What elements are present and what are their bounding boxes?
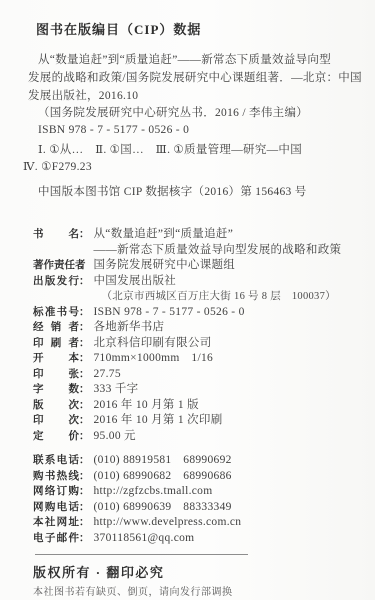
field-value: 333 千字 [94,382,139,398]
colophon-row: 电子邮件： 370118561@qq.com [33,531,349,547]
field-value: 2016 年 10 月第 1 次印刷 [94,413,223,429]
cip-description: 从“数量追赶”到“质量追赶”——新常态下质量效益导向型 发展的战略和政策/国务院… [28,51,349,105]
cip-isbn: ISBN 978 - 7 - 5177 - 0526 - 0 [28,122,349,139]
colophon-row: 版次： 2016 年 10 月第 1 版 [33,398,349,414]
field-colon: ： [79,453,90,469]
field-value-wrap: 2016 年 10 月第 1 版 [94,398,199,414]
colophon-row: 购书热线： (010) 68990682 68990686 [33,469,349,485]
field-colon: ： [79,413,90,429]
field-value-wrap: 710mm×1000mm 1/16 [94,351,214,367]
field-colon: ： [79,320,90,336]
field-colon: ： [79,429,90,445]
field-value: 710mm×1000mm 1/16 [94,351,214,367]
cip-series: （国务院发展研究中心研究丛书．2016 / 李伟主编） [28,105,349,122]
field-label: 定价 [33,429,79,445]
field-value: 370118561@qq.com [94,531,195,547]
contact-info: 联系电话： (010) 88919581 68990692 购书热线： (010… [33,453,349,546]
field-colon: ： [79,500,90,516]
field-value-wrap: http://www.develpress.com.cn [94,515,242,531]
field-colon: ： [79,398,90,414]
field-value-wrap: 333 千字 [94,382,139,398]
cip-classification: Ⅰ. ①从… Ⅱ. ①国… Ⅲ. ①质量管理—研究—中国 Ⅳ. ①F279.23 [28,142,349,175]
cip-record-number: 中国版本图书馆 CIP 数据核字（2016）第 156463 号 [28,183,349,201]
field-colon: ： [79,484,90,500]
field-value-line2: ——新常态下质量效益导向型发展的战略和政策 [94,243,342,259]
field-value: 从“数量追赶”到“质量追赶” [94,227,342,243]
field-colon: ： [79,469,90,485]
field-value-wrap: 各地新华书店 [94,320,165,336]
field-value-wrap: 370118561@qq.com [94,531,195,547]
field-label: 版次 [33,398,79,414]
colophon-row: 出版发行： 中国发展出版社 （北京市西城区百万庄大街 16 号 8 层 1000… [33,274,349,305]
colophon-info: 书名： 从“数量追赶”到“质量追赶” ——新常态下质量效益导向型发展的战略和政策… [33,227,349,444]
colophon-row: 定价： 95.00 元 [33,429,349,445]
field-value: (010) 68990682 68990686 [94,469,232,485]
field-value-wrap: (010) 88919581 68990692 [94,453,232,469]
field-value-wrap: http://zgfzcbs.tmall.com [94,484,213,500]
field-value: 北京科信印刷有限公司 [94,336,212,352]
field-label: 开本 [33,351,79,367]
colophon-row: 网络订购： http://zgfzcbs.tmall.com [33,484,349,500]
footer-divider [35,554,248,555]
colophon-row: 网购电话： (010) 68990639 88333349 [33,500,349,516]
colophon-row: 印次： 2016 年 10 月第 1 次印刷 [33,413,349,429]
book-copyright-page: 图书在版编目（CIP）数据 从“数量追赶”到“质量追赶”——新常态下质量效益导向… [0,0,375,600]
field-value: (010) 88919581 68990692 [94,453,232,469]
field-label: 网络订购 [33,484,79,500]
field-value-wrap: 2016 年 10 月第 1 次印刷 [94,413,223,429]
cip-description-line: 从“数量追赶”到“质量追赶”——新常态下质量效益导向型 [28,51,349,69]
field-value-wrap: 27.75 [94,367,121,383]
field-colon: ： [79,336,90,352]
colophon-row: 字数： 333 千字 [33,382,349,398]
field-value: http://zgfzcbs.tmall.com [94,484,213,500]
field-label: 著作责任者 [33,258,79,274]
colophon-row: 书名： 从“数量追赶”到“质量追赶” ——新常态下质量效益导向型发展的战略和政策 [33,227,349,258]
field-label: 印张 [33,367,79,383]
field-colon: ： [79,382,90,398]
copyright-notice: 版权所有 · 翻印必究 [33,564,349,582]
colophon-row: 开本： 710mm×1000mm 1/16 [33,351,349,367]
field-label: 购书热线 [33,469,79,485]
field-label: 书名 [33,227,79,243]
cip-series-isbn: （国务院发展研究中心研究丛书．2016 / 李伟主编） ISBN 978 - 7… [28,105,349,138]
field-value-wrap: 从“数量追赶”到“质量追赶” ——新常态下质量效益导向型发展的战略和政策 [94,227,342,258]
field-label: 本社网址 [33,515,79,531]
cip-block: 图书在版编目（CIP）数据 从“数量追赶”到“质量追赶”——新常态下质量效益导向… [28,22,349,201]
field-value-wrap: ISBN 978 - 7 - 5177 - 0526 - 0 [94,305,245,321]
field-value: 中国发展出版社 [94,274,336,290]
field-value: 国务院发展研究中心课题组 [94,258,236,274]
field-label: 标准书号 [33,305,79,321]
field-colon: ： [79,227,90,243]
field-label: 出版发行 [33,274,79,290]
cip-description-line: 发展的战略和政策/国务院发展研究中心课题组著．—北京：中国 [28,69,349,87]
replacement-note: 本社图书若有缺页、倒页，请向发行部调换 [33,586,349,600]
field-value: 各地新华书店 [94,320,165,336]
colophon-row: 印刷者： 北京科信印刷有限公司 [33,336,349,352]
field-colon: ： [79,351,90,367]
field-label: 联系电话 [33,453,79,469]
cip-description-line: 发展出版社，2016.10 [28,87,349,105]
colophon-row: 著作责任者： 国务院发展研究中心课题组 [33,258,349,274]
field-value: 95.00 元 [94,429,136,445]
field-label: 字数 [33,382,79,398]
colophon-row: 印张： 27.75 [33,367,349,383]
cip-header: 图书在版编目（CIP）数据 [36,22,349,38]
field-value: ISBN 978 - 7 - 5177 - 0526 - 0 [94,305,245,321]
cip-classification-line2: Ⅳ. ①F279.23 [23,159,349,176]
colophon-row: 本社网址： http://www.develpress.com.cn [33,515,349,531]
field-value-wrap: 国务院发展研究中心课题组 [94,258,236,274]
field-colon: ： [79,367,90,383]
colophon-row: 标准书号： ISBN 978 - 7 - 5177 - 0526 - 0 [33,305,349,321]
field-value-wrap: (010) 68990639 88333349 [94,500,232,516]
field-value: (010) 68990639 88333349 [94,500,232,516]
field-label: 网购电话 [33,500,79,516]
field-colon: ： [79,274,90,290]
footer: 版权所有 · 翻印必究 本社图书若有缺页、倒页，请向发行部调换 [33,564,349,600]
field-colon: ： [79,531,90,547]
field-value: 27.75 [94,367,121,383]
field-value: 2016 年 10 月第 1 版 [94,398,199,414]
field-colon: ： [79,258,90,274]
field-label: 电子邮件 [33,531,79,547]
field-label: 印次 [33,413,79,429]
field-value-wrap: (010) 68990682 68990686 [94,469,232,485]
cip-classification-line1: Ⅰ. ①从… Ⅱ. ①国… Ⅲ. ①质量管理—研究—中国 [28,142,349,159]
colophon-row: 经销者： 各地新华书店 [33,320,349,336]
field-colon: ： [79,515,90,531]
field-value-wrap: 北京科信印刷有限公司 [94,336,212,352]
field-value-line2: （北京市西城区百万庄大街 16 号 8 层 100037） [94,289,336,305]
colophon-row: 联系电话： (010) 88919581 68990692 [33,453,349,469]
field-label: 经销者 [33,320,79,336]
field-value-wrap: 中国发展出版社 （北京市西城区百万庄大街 16 号 8 层 100037） [94,274,336,305]
field-value: http://www.develpress.com.cn [94,515,242,531]
field-label: 印刷者 [33,336,79,352]
field-colon: ： [79,305,90,321]
field-value-wrap: 95.00 元 [94,429,136,445]
